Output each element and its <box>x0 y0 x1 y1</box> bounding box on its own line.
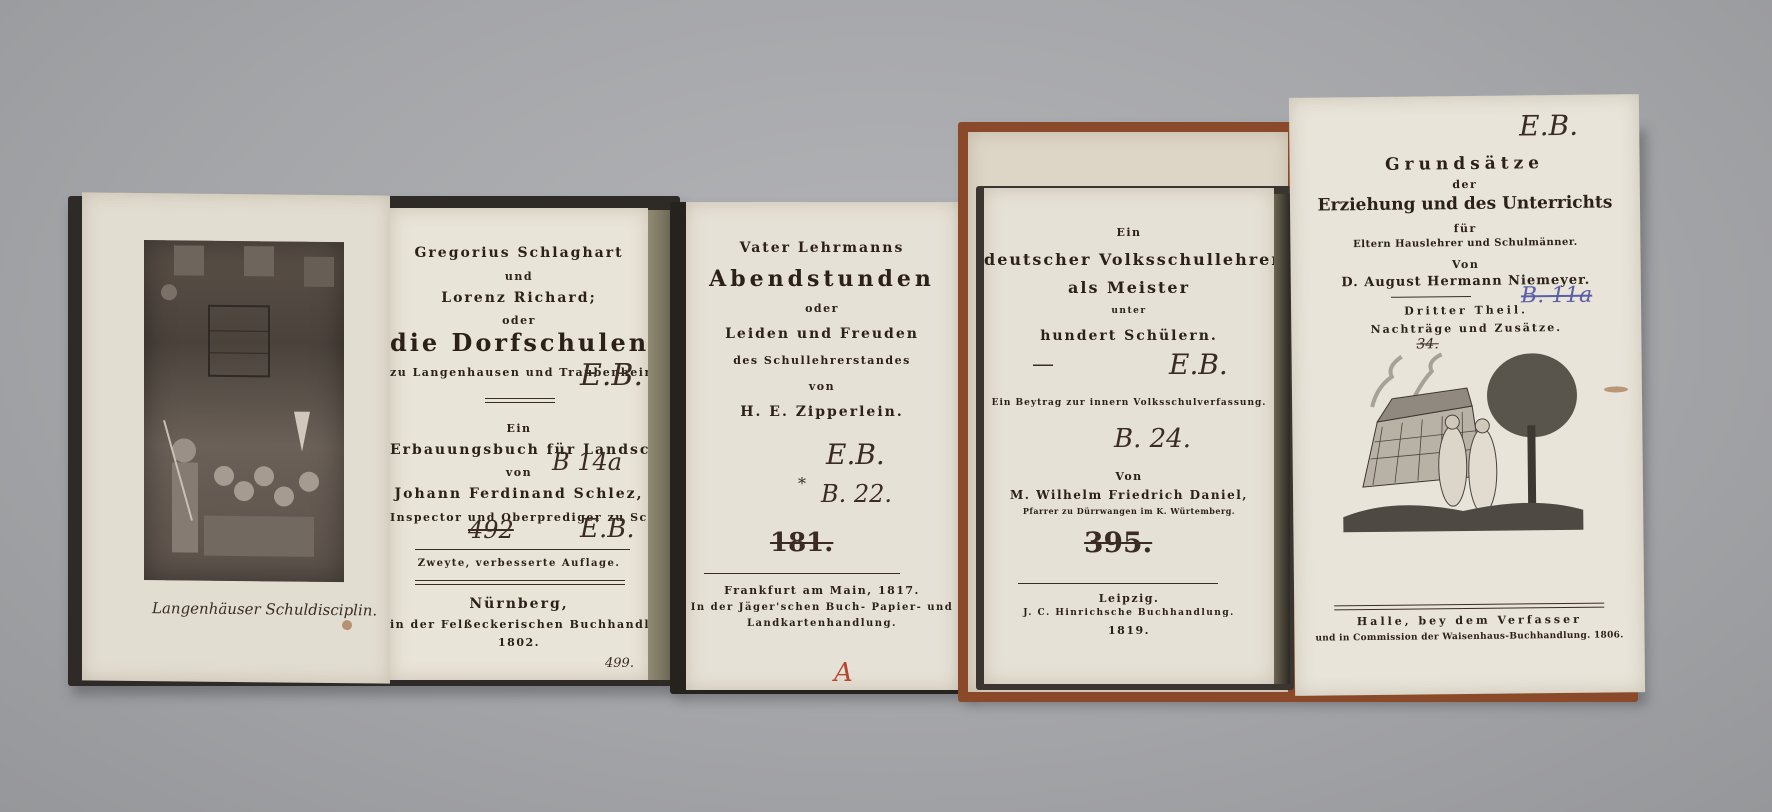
title-line: und <box>390 270 648 283</box>
fore-edge <box>648 210 670 680</box>
handwritten-shelfmark: B. 22. <box>821 480 892 508</box>
title-main: Abendstunden <box>686 266 958 292</box>
author-line: H. E. Zipperlein. <box>686 404 958 420</box>
title-vignette <box>1331 345 1593 548</box>
title-page-niemeyer: E.B. Grundsätze der Erziehung und des Un… <box>1289 94 1645 696</box>
handwritten-red-mark: A <box>834 658 853 688</box>
title-line: oder <box>390 314 648 327</box>
handwritten-mark: E.B. <box>826 438 885 471</box>
title-line: oder <box>686 302 958 315</box>
rule <box>415 549 630 550</box>
handwritten-mark: E.B. <box>1519 109 1578 143</box>
edition-line: Zweyte, verbesserte Auflage. <box>390 558 648 569</box>
foxing-spot <box>342 620 352 630</box>
frontispiece-page: Langenhäuser Schuldisciplin. <box>82 192 390 683</box>
imprint-publisher: Landkartenhandlung. <box>686 618 958 629</box>
title-line: Gregorius Schlaghart <box>390 245 648 261</box>
frontispiece-caption: Langenhäuser Schuldisciplin. <box>152 599 377 619</box>
title-main: Grundsätze <box>1289 152 1639 176</box>
title-main: deutscher Volksschullehrer <box>984 250 1274 269</box>
title-page-zipperlein: Vater Lehrmanns Abendstunden oder Leiden… <box>686 202 958 690</box>
imprint-publisher: J. C. Hinrichsche Buchhandlung. <box>984 608 1274 618</box>
imprint-year: 1819. <box>984 624 1274 637</box>
title-line: Lorenz Richard; <box>390 290 648 306</box>
imprint-publisher-year: und in Commission der Waisenhaus-Buchhan… <box>1294 630 1644 644</box>
handwritten-number: 395. <box>1084 526 1152 559</box>
title-line: Ein <box>390 422 648 435</box>
title-line: von <box>686 380 958 393</box>
subtitle-line: Ein Beytrag zur innern Volksschulverfass… <box>984 398 1274 408</box>
rule <box>1391 296 1471 298</box>
ornament-rule <box>1334 603 1604 611</box>
title-line: Ein <box>984 226 1274 239</box>
handwritten-mark: E.B. <box>580 514 635 544</box>
title-line: der <box>1290 176 1640 193</box>
title-line: hundert Schülern. <box>984 328 1274 344</box>
handwritten-number: 492 <box>468 516 514 544</box>
foxing-stain <box>1604 386 1628 392</box>
title-line: für <box>1290 220 1640 237</box>
frontispiece-engraving <box>144 240 344 582</box>
imprint-place: Nürnberg, <box>390 596 648 612</box>
imprint-publisher: in der Felßeckerischen Buchhandlung. <box>390 618 648 631</box>
fore-edge <box>1274 194 1290 684</box>
title-page-daniel: Ein deutscher Volksschullehrer als Meist… <box>984 188 1274 684</box>
handwritten-mark: E.B. <box>580 358 643 393</box>
author-line: M. Wilhelm Friedrich Daniel, <box>984 488 1274 502</box>
imprint-place: Halle, bey dem Verfasser <box>1294 612 1644 629</box>
title-line: Vater Lehrmanns <box>686 240 958 256</box>
volume-subtitle: Nachträge und Zusätze. <box>1291 320 1641 337</box>
volume-line: Dritter Theil. <box>1291 302 1641 319</box>
handwritten-number: 181. <box>770 528 833 558</box>
imprint-year: 1802. <box>390 636 648 649</box>
imprint-place: Leipzig. <box>984 592 1274 605</box>
title-main: Erziehung und des Unterrichts <box>1290 192 1640 216</box>
title-line: Von <box>1291 256 1641 273</box>
handwritten-shelfmark: B 14a <box>552 448 622 476</box>
handwritten-mark: E.B. <box>1169 348 1228 381</box>
rule <box>1018 583 1218 584</box>
title-line: unter <box>984 306 1274 316</box>
handwritten-shelfmark: B. 24. <box>1114 424 1191 454</box>
ornament-rule <box>415 580 625 585</box>
asterisk-mark: * <box>798 474 806 493</box>
title-main: als Meister <box>984 278 1274 297</box>
title-main: die Dorfschulen <box>390 328 648 357</box>
title-line: Von <box>984 470 1274 483</box>
imprint-publisher: In der Jäger'schen Buch- Papier- und <box>686 602 958 613</box>
title-page-schlez: Gregorius Schlaghart und Lorenz Richard;… <box>390 208 648 680</box>
title-line: Leiden und Freuden <box>686 326 958 342</box>
imprint-place-year: Frankfurt am Main, 1817. <box>686 584 958 597</box>
dash-mark: — <box>1032 352 1054 377</box>
handwritten-page-number: 499. <box>605 656 634 671</box>
title-line: Eltern Hauslehrer und Schulmänner. <box>1290 236 1640 251</box>
title-line: des Schullehrerstandes <box>686 354 958 367</box>
ornament-rule <box>485 398 555 403</box>
author-line: Johann Ferdinand Schlez, <box>390 486 648 502</box>
rule <box>704 573 900 574</box>
author-office: Pfarrer zu Dürrwangen im K. Würtemberg. <box>984 506 1274 516</box>
